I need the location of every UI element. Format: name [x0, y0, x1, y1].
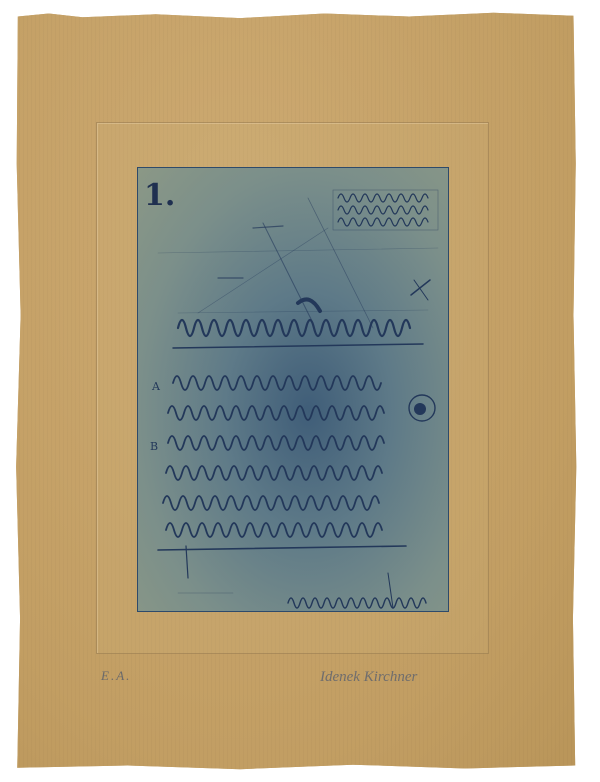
scribble-drawing: A B	[138, 168, 448, 611]
plate-number: 1.	[144, 178, 175, 213]
letter-b-mark: B	[150, 440, 158, 453]
paper-sheet: A B 1. E.A. Idenek Kirchner	[15, 12, 578, 770]
edition-notation: E.A.	[101, 668, 131, 684]
letter-a-mark: A	[151, 380, 161, 393]
artist-signature: Idenek Kirchner	[320, 669, 417, 686]
etched-image: A B 1.	[137, 167, 449, 612]
